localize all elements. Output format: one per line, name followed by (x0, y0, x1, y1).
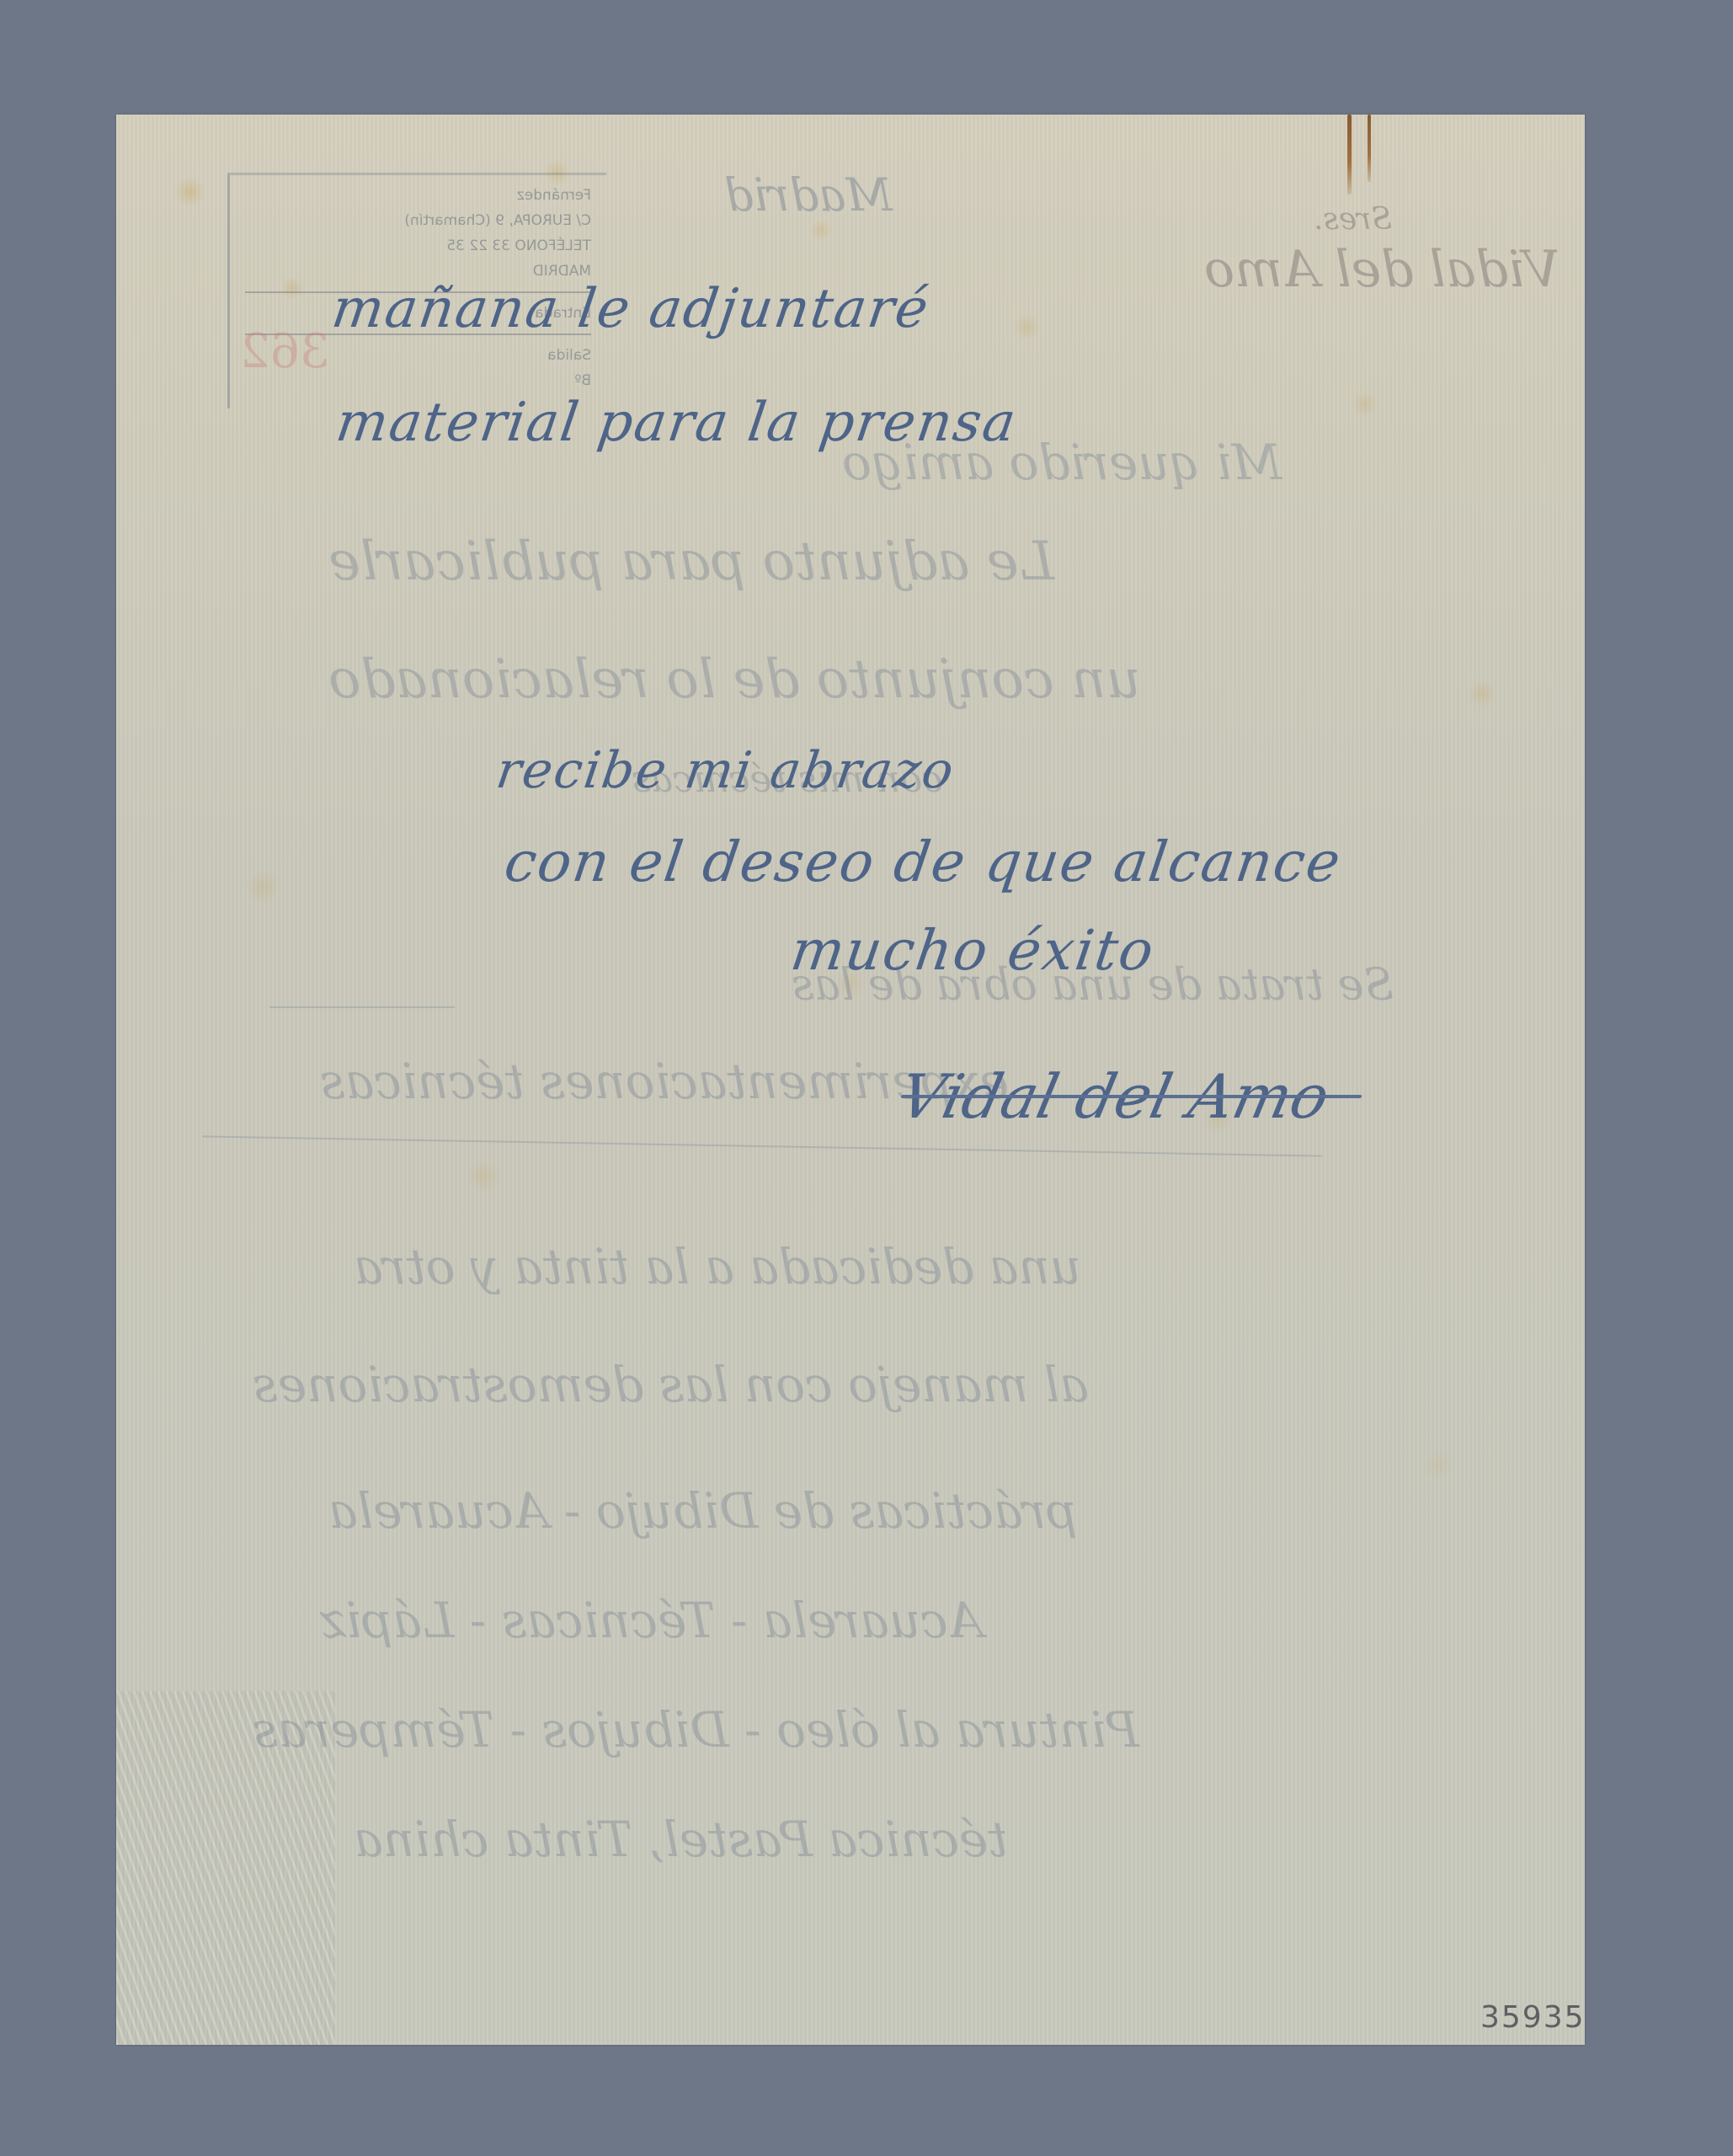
letter-line-2: material para la prensa (333, 392, 1021, 454)
letter-line-text: recibe mi abrazo (493, 741, 958, 800)
reversed-red-mark: 362 (240, 324, 330, 379)
letter-line-4: con el deseo de que alcance (501, 830, 1346, 894)
bleed-line: Pintura al óleo - Dibujos - Témperas (253, 1701, 1139, 1758)
bleed-line: Le adjunto para publicarle (328, 531, 1054, 593)
signature-flourish (901, 1095, 1362, 1098)
letter-line-1a: mañana le adjuntaré (328, 278, 934, 340)
rust-mark-right (1368, 115, 1371, 182)
reversed-name-header: Vidal del Amo (1204, 240, 1560, 299)
letter-line-5: mucho éxito (787, 918, 1160, 983)
letter-line-3: recibe mi abrazo (493, 741, 958, 800)
bleed-line: Acuarela - Técnicas - Lápiz (320, 1592, 983, 1649)
reversed-place-header: Madrid (724, 168, 893, 221)
bleed-line: técnica Pastel, Tinta china (354, 1811, 1008, 1868)
letter-line-text: mucho éxito (787, 918, 1160, 983)
signature: Vidal del Amo (893, 1061, 1336, 1132)
bleed-line: un conjunto de lo relacionado (328, 648, 1141, 711)
letter-line-text: con el deseo de que alcance (501, 830, 1346, 894)
reversed-salutation: Sres. (1314, 202, 1392, 237)
stamp-line: C/ EUROPA, 9 (Chamartín) (245, 212, 591, 229)
bleed-line: prácticas de Dibujo - Acuarela (328, 1482, 1077, 1540)
letter-line-text: material para la prensa (333, 392, 1021, 454)
bleed-line: una dedicada a la tinta y otra (354, 1238, 1081, 1295)
stamp-line: Fernández (245, 187, 591, 204)
bleed-line: al manejo con las demostraciones (253, 1356, 1089, 1413)
archive-number: 35935 (1480, 2000, 1586, 2035)
rust-mark-left (1347, 115, 1352, 195)
stamp-line: MADRID (245, 263, 591, 280)
stamp-line: TELÉFONO 33 22 35 (245, 237, 591, 254)
bleed-rule (269, 1006, 455, 1008)
letter-line-text: mañana le adjuntaré (328, 278, 934, 340)
